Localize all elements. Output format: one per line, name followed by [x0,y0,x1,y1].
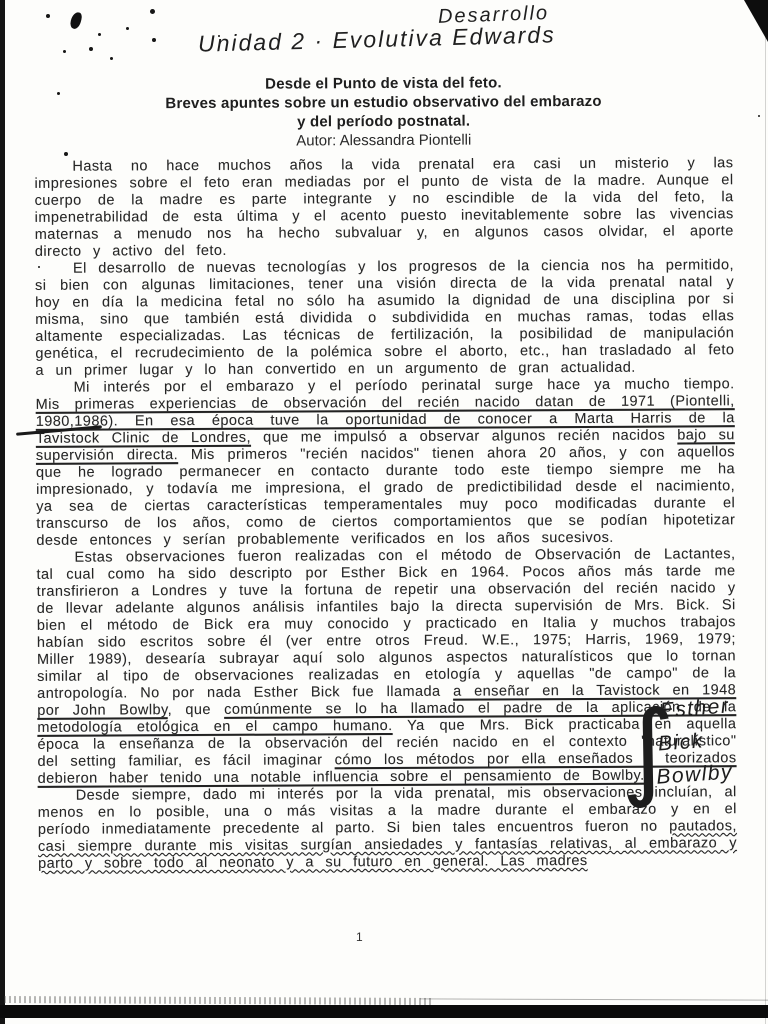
ink-blob [69,11,83,30]
document-title: Desde el Punto de vista del feto. Breves… [34,72,733,152]
brace-icon: ∫ [614,699,680,799]
text-segment: que me impulsó a observar algunos recién… [251,427,677,445]
paragraph: Mi interés por el embarazo y el período … [36,376,736,550]
paragraph: El desarrollo de nuevas tecnologías y lo… [35,257,735,380]
text-segment: , que [168,702,225,718]
scan-bottom-band [0,1005,768,1018]
margin-annotation: ∫ Esther Bick Bowlby [617,687,768,796]
handwritten-header-main: Unidad 2 · Evolutiva Edwards [198,21,556,57]
scan-hairline [420,998,768,1000]
paragraph: Hasta no hace muchos años la vida prenat… [34,155,734,261]
scan-noise-strip [4,996,434,1005]
text-segment: El desarrollo de nuevas tecnologías y lo… [35,257,734,379]
page-number: 1 [356,930,363,944]
scan-edge-left [0,0,5,1024]
author-line: Autor: Alessandra Piontelli [34,129,733,152]
text-segment: Estas observaciones fueron realizadas co… [36,546,736,702]
scan-corner-mark [744,0,768,42]
scan-edge-right [765,0,766,1024]
scanned-page: Desarrollo Unidad 2 · Evolutiva Edwards … [0,0,768,1024]
text-segment: Hasta no hace muchos años la vida prenat… [34,155,733,260]
